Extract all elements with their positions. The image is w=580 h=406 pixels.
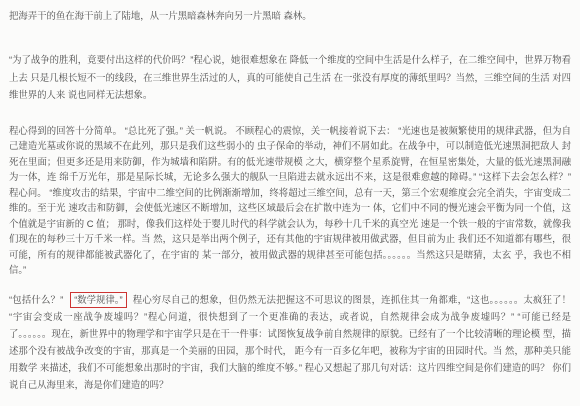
- paragraph-2: “为了战争的胜利，竟要付出这样的代价吗？”程心说，她很难想象在 降低一个维度的空…: [9, 51, 571, 104]
- paragraph-4-pre-text: “包括什么？”: [9, 294, 63, 305]
- document-page: 把海弄干的鱼在海干前上了陆地，从一片黑暗森林奔向另一片黑暗 森林。 “为了战争的…: [0, 0, 580, 406]
- paragraph-1: 把海弄干的鱼在海干前上了陆地，从一片黑暗森林奔向另一片黑暗 森林。: [9, 7, 571, 24]
- paragraph-4: “包括什么？”“数学规律。”程心穷尽自己的想象，但仍然无法把握这不可思议的图景，…: [9, 291, 571, 393]
- paragraph-4-post-text: 程心穷尽自己的想象，但仍然无法把握这不可思议的图景，连抓住其一角都难，“这也。。…: [9, 294, 571, 390]
- red-annotation-box: “数学规律。”: [70, 292, 126, 308]
- paragraph-3: 程心得到的回答十分简单。 “总比死了强。” 关一帆说。 不顾程心的震惊，关一帆接…: [9, 123, 571, 278]
